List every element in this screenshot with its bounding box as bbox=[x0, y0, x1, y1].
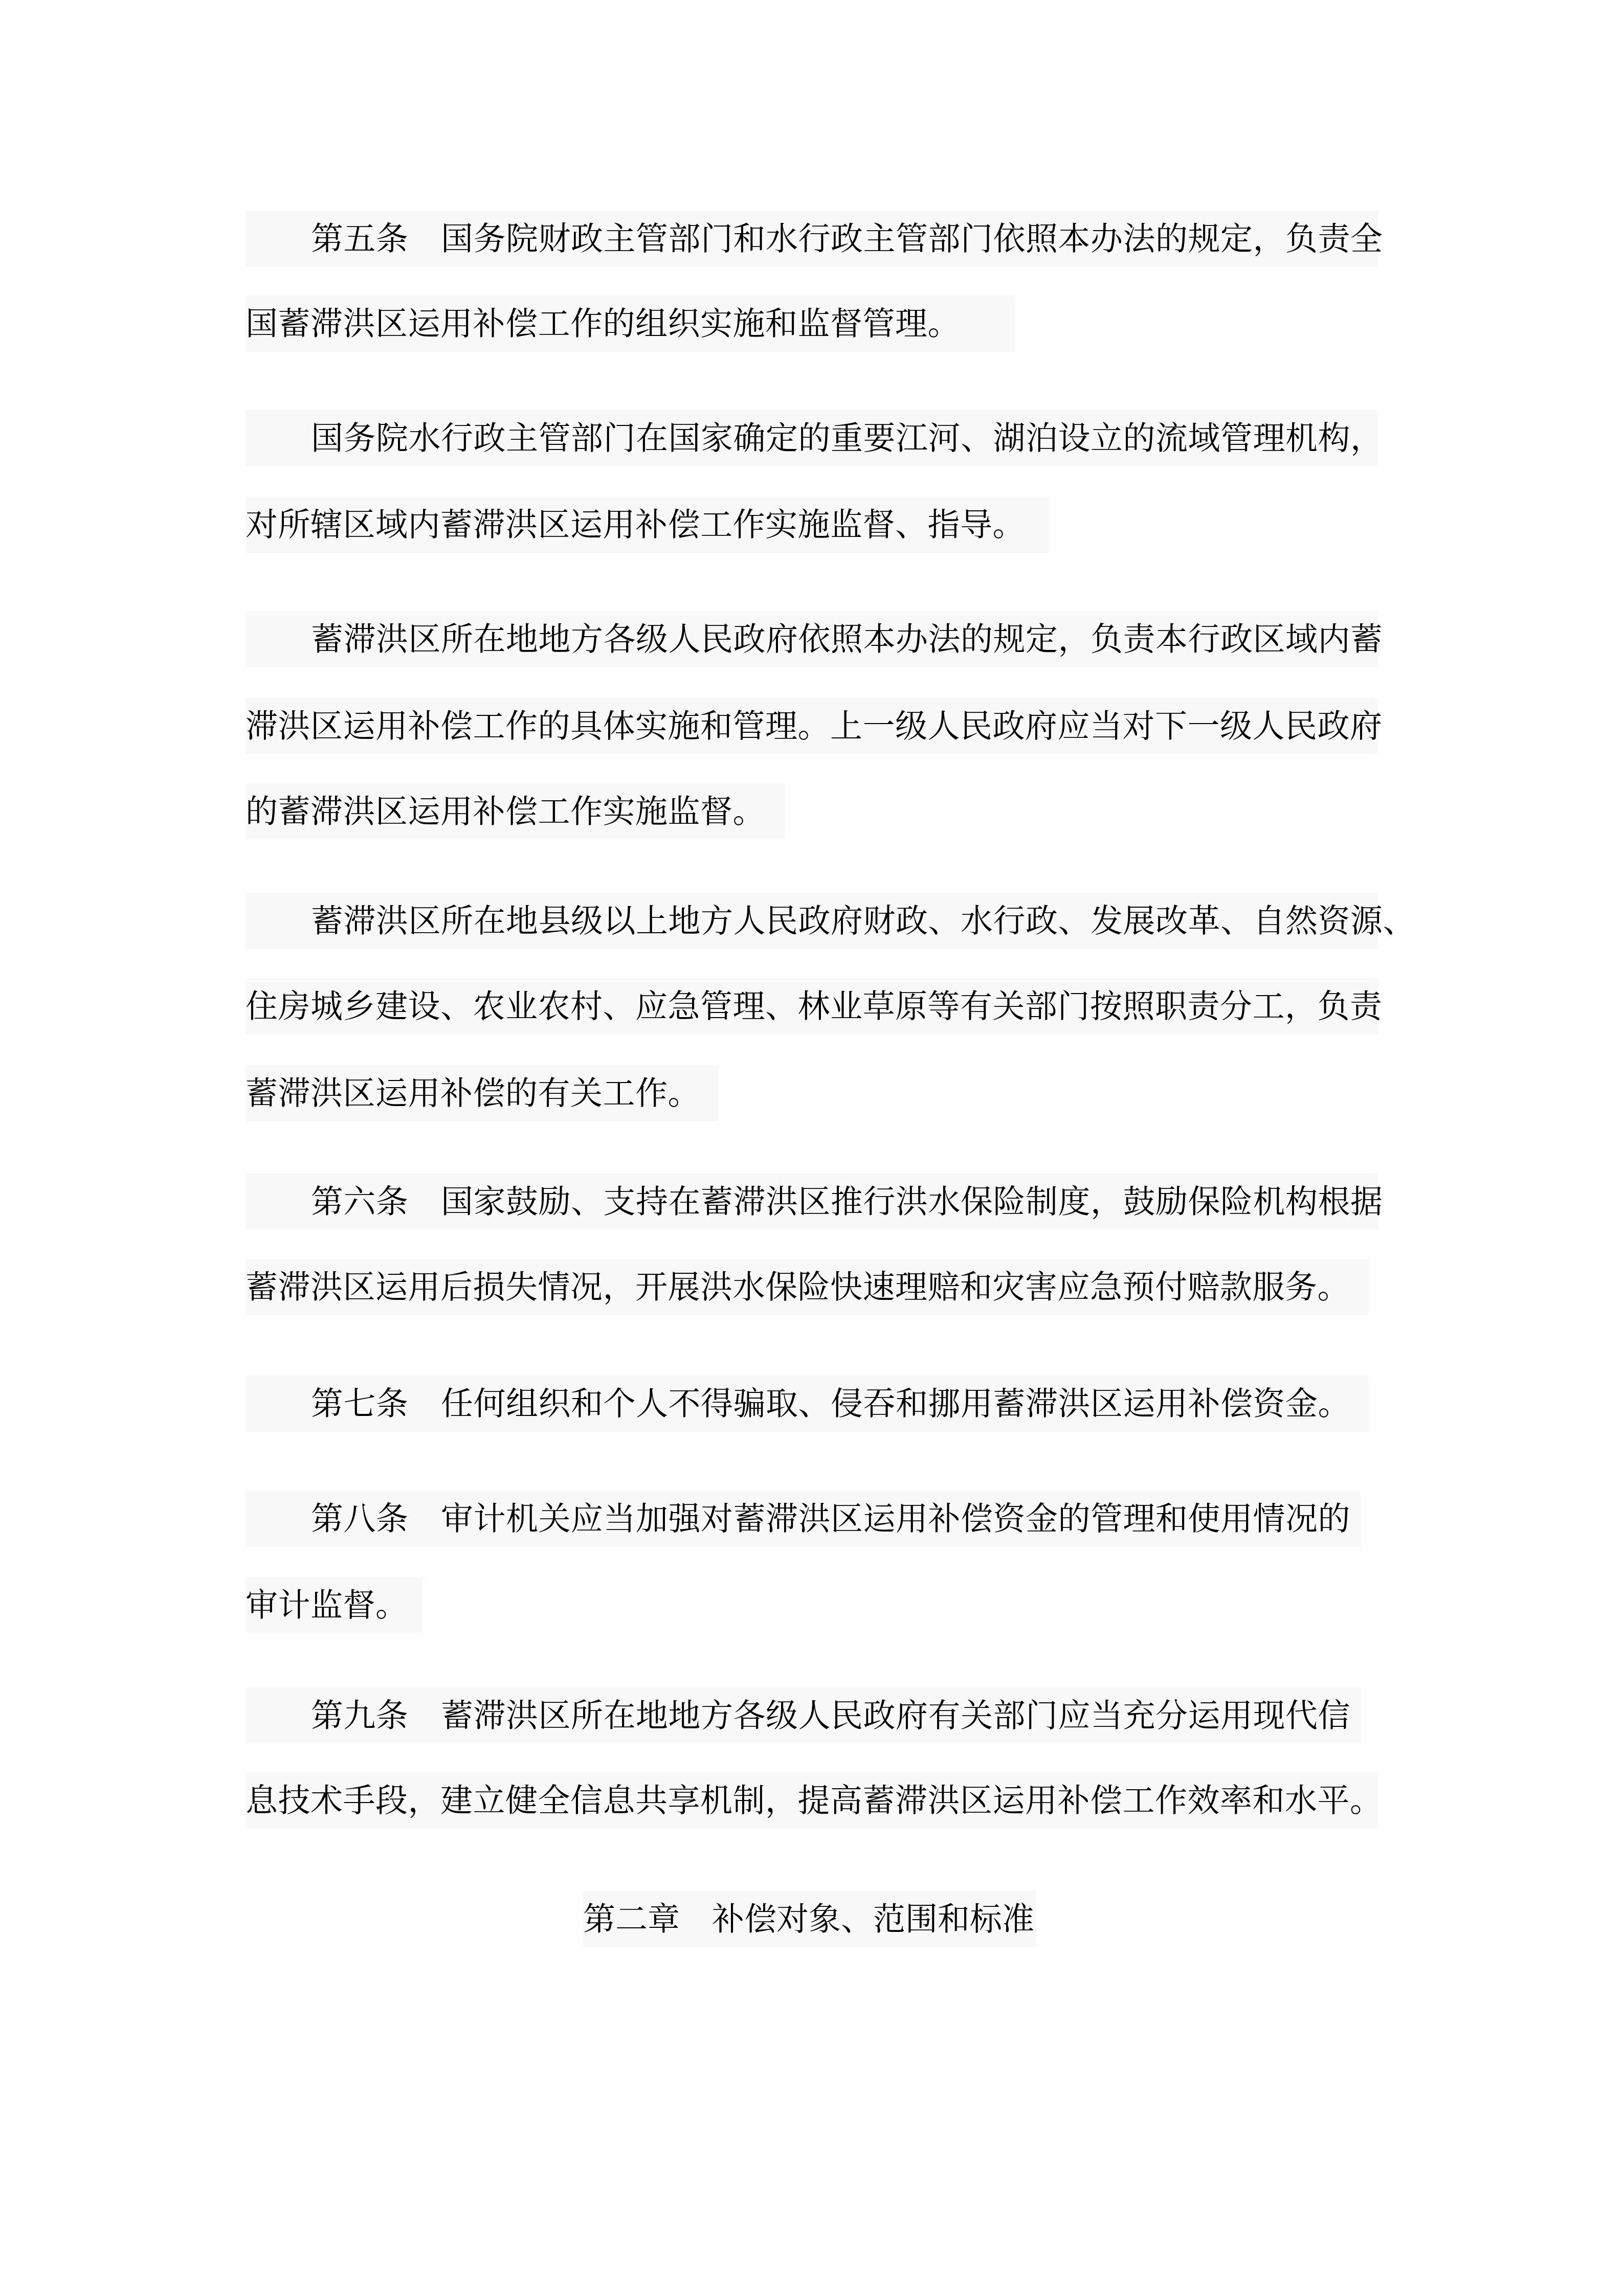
article-9-line-2: 息技术手段，建立健全信息共享机制，提高蓄滞洪区运用补偿工作效率和水平。 bbox=[246, 1772, 1378, 1829]
article-8-line-2: 审计监督。 bbox=[246, 1577, 422, 1633]
article-5-p4-line-1: 蓄滞洪区所在地县级以上地方人民政府财政、水行政、发展改革、自然资源、 bbox=[246, 893, 1378, 949]
article-5-p4-line-2: 住房城乡建设、农业农村、应急管理、林业草原等有关部门按照职责分工，负责 bbox=[246, 978, 1378, 1034]
article-9-line-1: 第九条 蓄滞洪区所在地地方各级人民政府有关部门应当充分运用现代信 bbox=[246, 1687, 1361, 1744]
article-5-p3-line-3: 的蓄滞洪区运用补偿工作实施监督。 bbox=[246, 783, 785, 840]
article-5-line-2: 国蓄滞洪区运用补偿工作的组织实施和监督管理。 bbox=[246, 296, 1015, 352]
article-6-line-1: 第六条 国家鼓励、支持在蓄滞洪区推行洪水保险制度，鼓励保险机构根据 bbox=[246, 1174, 1378, 1230]
article-5-p4-line-3: 蓄滞洪区运用补偿的有关工作。 bbox=[246, 1065, 719, 1121]
article-6-line-2: 蓄滞洪区运用后损失情况，开展洪水保险快速理赔和灾害应急预付赔款服务。 bbox=[246, 1259, 1368, 1315]
document-page: 第五条 国务院财政主管部门和水行政主管部门依照本办法的规定，负责全 国蓄滞洪区运… bbox=[0, 0, 1624, 2296]
article-5-p2-line-1: 国务院水行政主管部门在国家确定的重要江河、湖泊设立的流域管理机构， bbox=[246, 410, 1378, 466]
article-5-p3-line-2: 滞洪区运用补偿工作的具体实施和管理。上一级人民政府应当对下一级人民政府 bbox=[246, 698, 1378, 754]
article-5-line-1: 第五条 国务院财政主管部门和水行政主管部门依照本办法的规定，负责全 bbox=[246, 211, 1378, 267]
article-5-p2-line-2: 对所辖区域内蓄滞洪区运用补偿工作实施监督、指导。 bbox=[246, 497, 1049, 553]
article-5-p3-line-1: 蓄滞洪区所在地地方各级人民政府依照本办法的规定，负责本行政区域内蓄 bbox=[246, 611, 1378, 667]
chapter-heading: 第二章 补偿对象、范围和标准 bbox=[583, 1891, 1036, 1947]
article-8-line-1: 第八条 审计机关应当加强对蓄滞洪区运用补偿资金的管理和使用情况的 bbox=[246, 1491, 1361, 1547]
article-7-line-1: 第七条 任何组织和个人不得骗取、侵吞和挪用蓄滞洪区运用补偿资金。 bbox=[246, 1376, 1368, 1432]
